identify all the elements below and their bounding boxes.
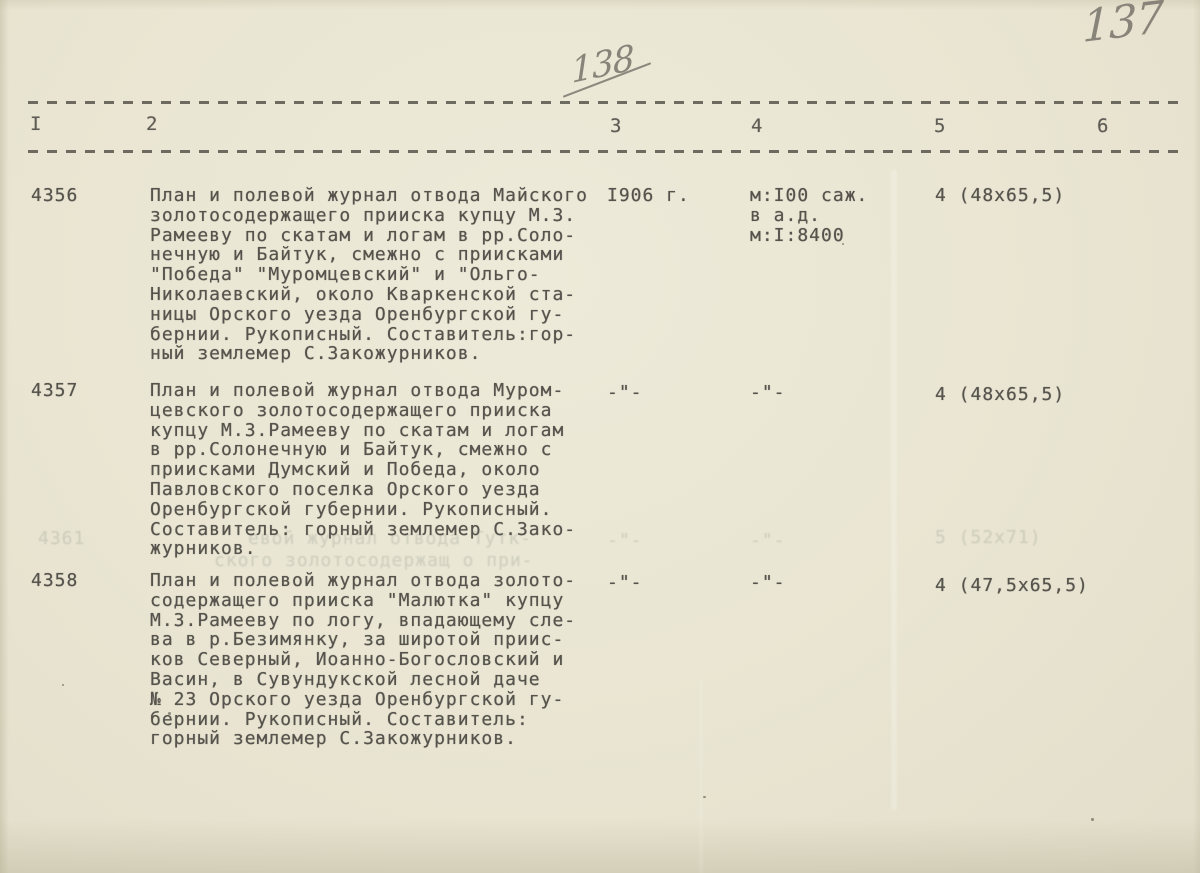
- entry-quantity: 4 (47,5х65,5): [935, 576, 1089, 596]
- entry-scale: -"-: [750, 383, 786, 403]
- entry-quantity: 4 (48х65,5): [935, 385, 1065, 405]
- column-header-6: 6: [1097, 115, 1108, 137]
- column-header-3: 3: [610, 115, 621, 137]
- ghost-entry-number: 4361: [38, 529, 85, 549]
- column-header-4: 4: [751, 115, 762, 137]
- ghost-date: -"-: [607, 531, 643, 551]
- paper-speck: [703, 796, 706, 798]
- entry-date: I906 г.: [607, 186, 690, 206]
- paper-speck: [842, 243, 844, 245]
- ghost-scale: -"-: [750, 531, 786, 551]
- column-header-2: 2: [146, 113, 157, 135]
- ghost-text-line: ского золотосодержащ о при-: [214, 551, 534, 571]
- handwritten-page-number: 137: [1082, 0, 1163, 53]
- header-top-dashed-rule: [28, 101, 1185, 104]
- paper-speck: [62, 684, 64, 686]
- crossed-out-page-number: 138: [571, 38, 635, 92]
- ghost-text-line: евой журнал отвода Тутк-: [248, 529, 532, 549]
- column-header-5: 5: [934, 115, 945, 137]
- entry-date: -"-: [607, 573, 643, 593]
- entry-number: 4356: [31, 186, 78, 206]
- entry-date: -"-: [607, 383, 643, 403]
- entry-scale: -"-: [750, 573, 786, 593]
- entry-quantity: 4 (48х65,5): [935, 186, 1065, 206]
- column-header-1: I: [30, 113, 41, 135]
- scanned-document-page: 137 138 I 2 3 4 5 6 4356 План и полевой …: [0, 0, 1200, 873]
- paper-crease: [891, 170, 897, 810]
- paper-speck: [168, 712, 171, 715]
- entry-description: План и полевой журнал отвода золото- сод…: [150, 571, 602, 749]
- entry-scale: м:I00 саж. в а.д. м:I:8400: [750, 186, 868, 245]
- entry-number: 4357: [31, 381, 78, 401]
- header-bottom-dashed-rule: [28, 150, 1185, 153]
- entry-description: План и полевой журнал отвода Майского зо…: [150, 186, 602, 364]
- paper-crease: [699, 680, 703, 873]
- ghost-quantity: 5 (52х71): [935, 528, 1042, 548]
- entry-number: 4358: [31, 571, 78, 591]
- paper-speck: [1091, 818, 1094, 821]
